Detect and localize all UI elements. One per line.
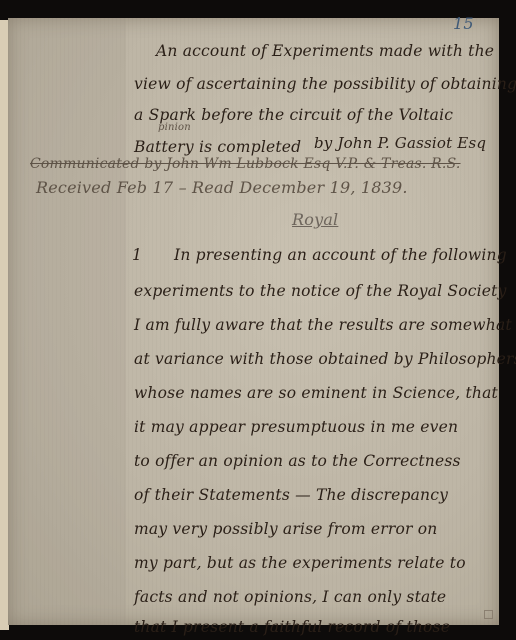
- body-line-10: my part, but as the experiments relate t…: [134, 554, 466, 572]
- body-line-7: to offer an opinion as to the Correctnes…: [134, 452, 461, 470]
- body-line-9: may very possibly arise from error on: [134, 520, 437, 538]
- body-line-2: experiments to the notice of the Royal S…: [134, 282, 507, 300]
- folio-number: 15: [453, 14, 474, 33]
- communicated-line: Communicated by John Wm Lubbock Esq V.P.…: [30, 156, 461, 172]
- body-line-3: I am fully aware that the results are so…: [134, 316, 512, 334]
- paragraph-number: 1: [132, 246, 142, 264]
- body-line-8: of their Statements — The discrepancy: [134, 486, 448, 504]
- body-line-4: at variance with those obtained by Philo…: [134, 350, 516, 368]
- body-line-6: it may appear presumptuous in me even: [134, 418, 458, 436]
- title-line-2: view of ascertaining the possibility of …: [134, 75, 516, 93]
- manuscript-page: 15 An account of Experiments made with t…: [8, 18, 499, 625]
- page-corner-mark: [484, 610, 493, 619]
- received-read-line: Received Feb 17 – Read December 19, 1839…: [36, 178, 408, 197]
- interlinear-note: pinion: [158, 122, 191, 133]
- author-line: by John P. Gassiot Esq: [314, 134, 486, 152]
- title-line-1: An account of Experiments made with the: [156, 42, 494, 60]
- body-line-12: that I present a faithful record of thos…: [134, 618, 450, 636]
- pencil-note: Royal: [292, 210, 338, 229]
- title-line-4: Battery is completed: [134, 138, 301, 156]
- body-line-5: whose names are so eminent in Science, t…: [134, 384, 498, 402]
- body-line-11: facts and not opinions, I can only state: [134, 588, 446, 606]
- page-margin: [8, 18, 126, 625]
- body-line-1: In presenting an account of the followin…: [174, 246, 507, 264]
